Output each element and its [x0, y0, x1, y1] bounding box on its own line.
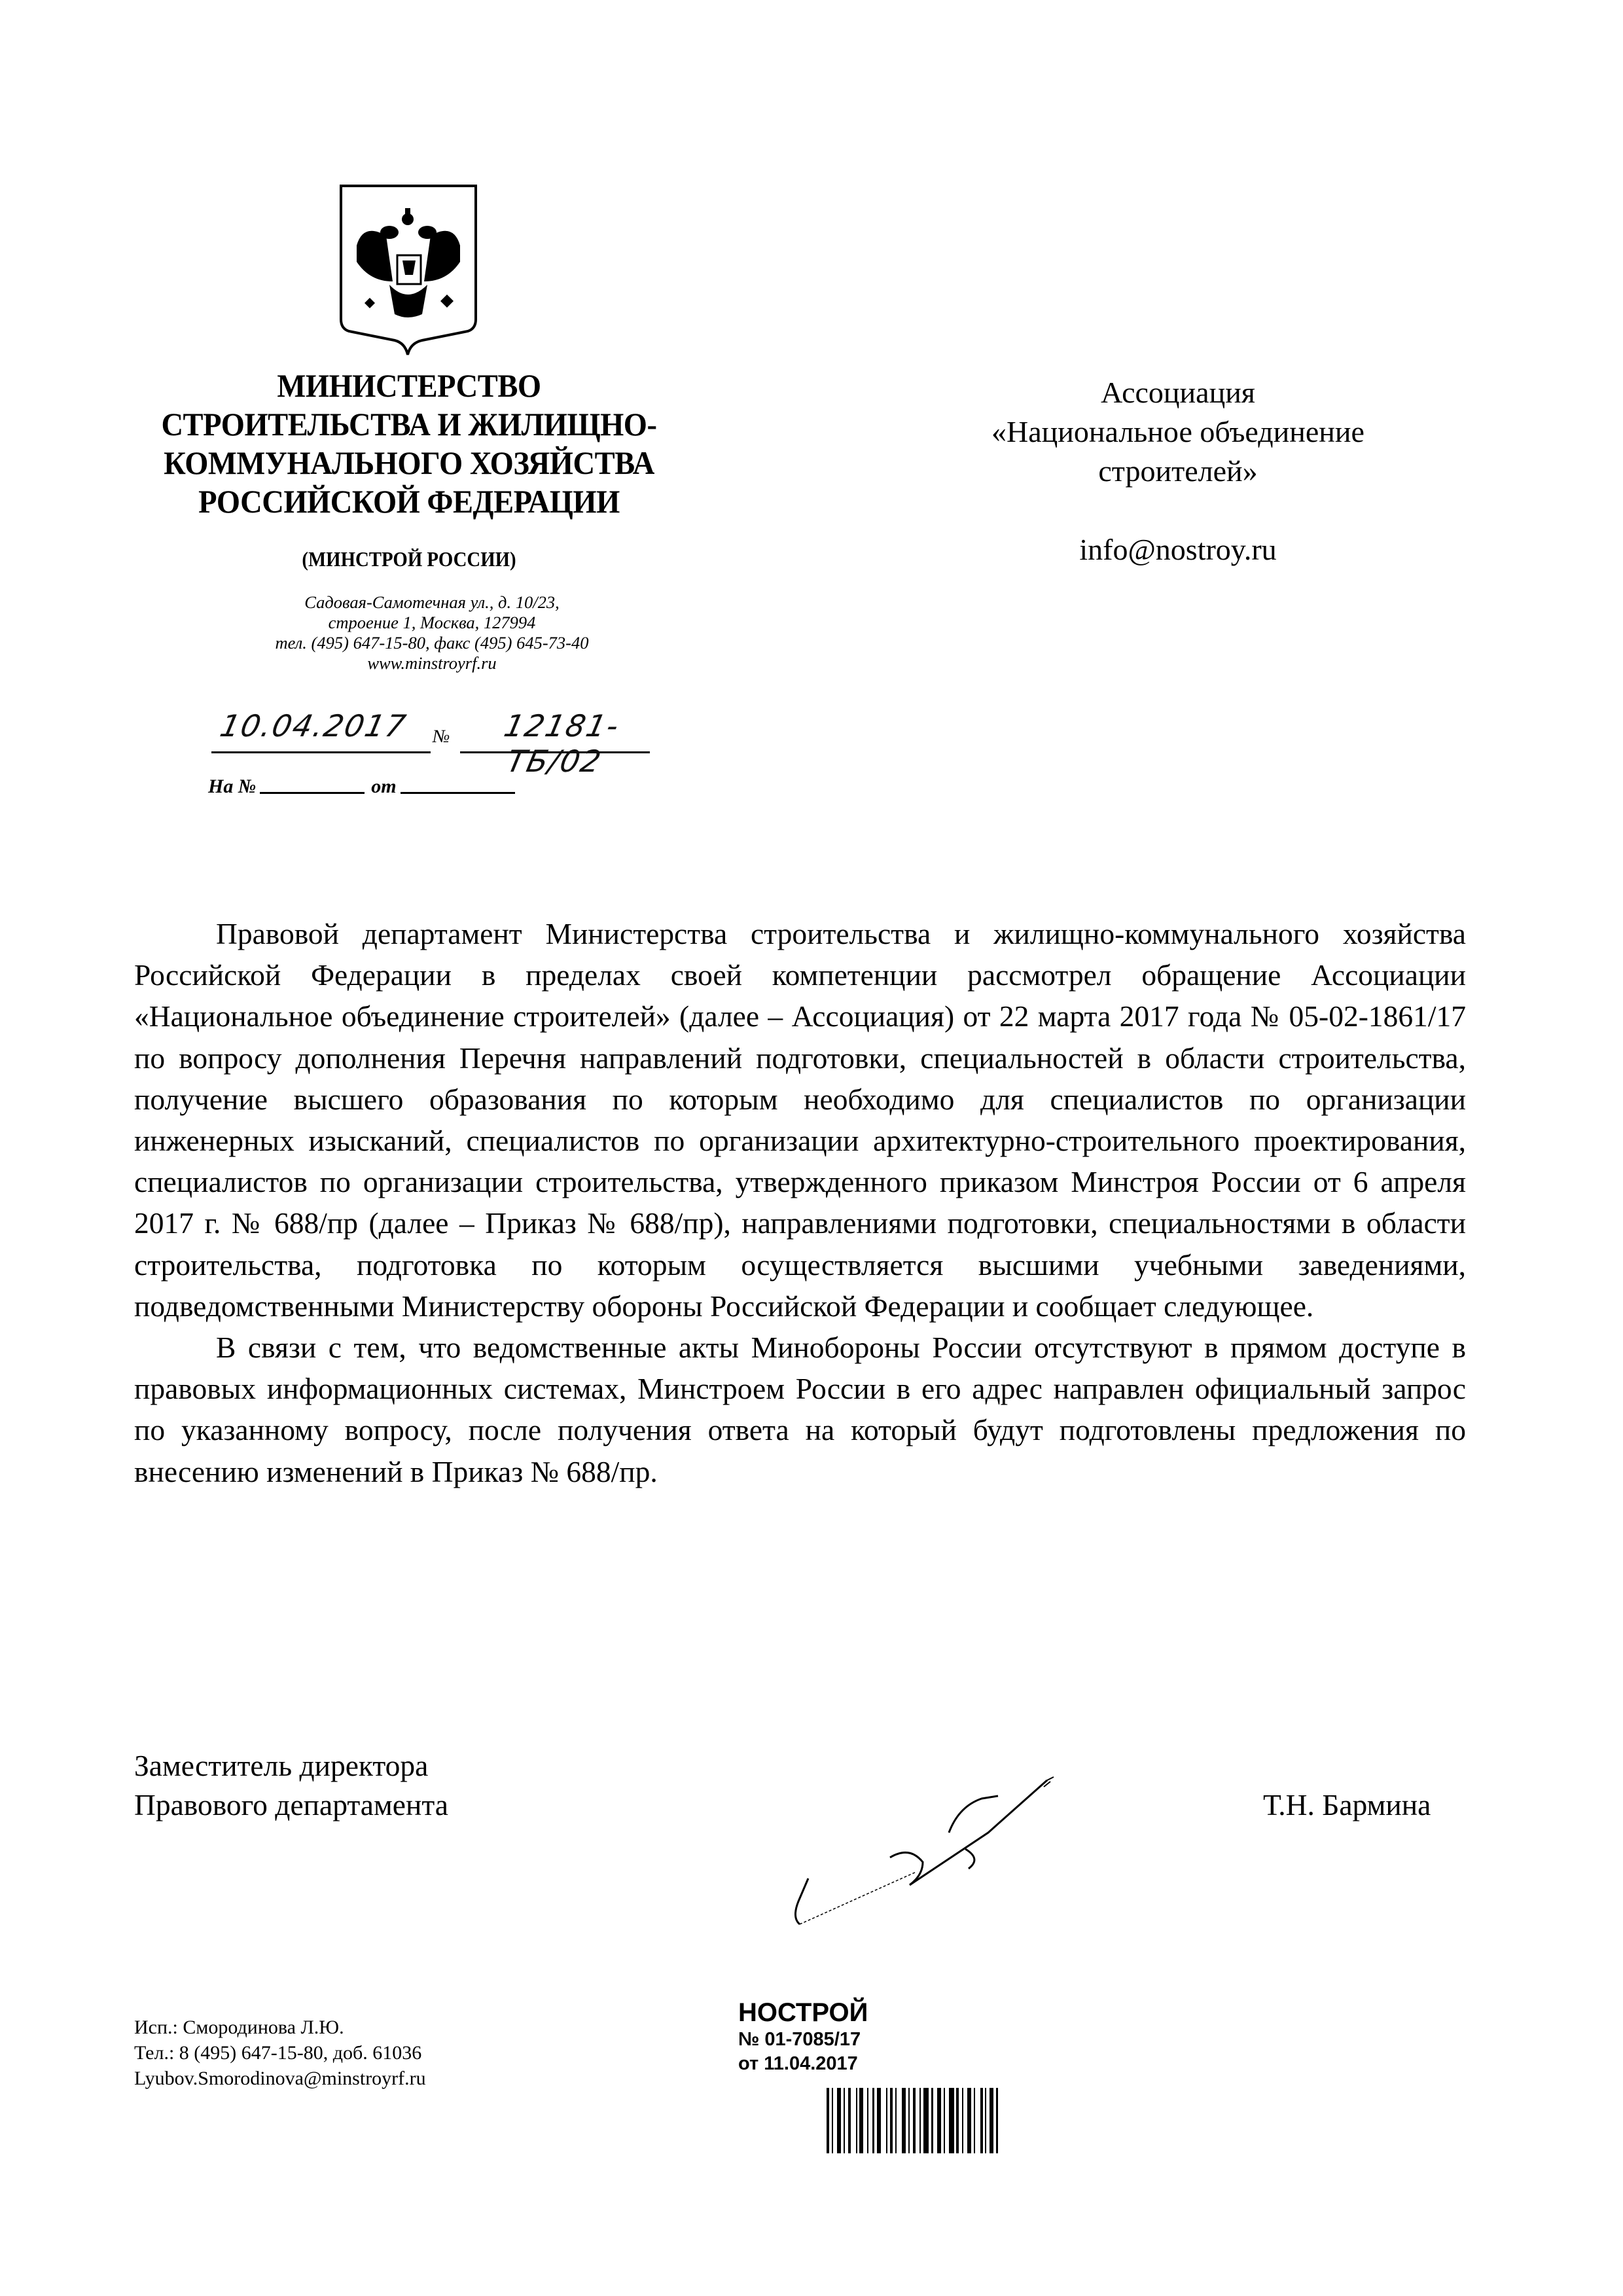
- letter-body: Правовой департамент Министерства строит…: [134, 913, 1466, 1492]
- reference-line: На № от: [208, 776, 522, 798]
- ministry-name-line: МИНИСТЕРСТВО: [151, 367, 668, 405]
- registration-date: 10.04.2017: [211, 708, 415, 744]
- executor-email: Lyubov.Smorodinova@minstroyrf.ru: [134, 2066, 426, 2091]
- addressee-line: строителей»: [916, 452, 1440, 491]
- ministry-abbreviation: (МИНСТРОЙ РОССИИ): [159, 547, 660, 571]
- signatory-name: Т.Н. Бармина: [1263, 1785, 1431, 1825]
- stamp-number: № 01-7085/17: [738, 2028, 868, 2052]
- ministry-header: МИНИСТЕРСТВО СТРОИТЕЛЬСТВА И ЖИЛИЩНО- КО…: [131, 367, 687, 571]
- russian-coat-of-arms-icon: [337, 183, 481, 359]
- ministry-name-line: СТРОИТЕЛЬСТВА И ЖИЛИЩНО-: [151, 405, 668, 444]
- executor-name: Исп.: Смородинова Л.Ю.: [134, 2015, 426, 2040]
- ministry-name-line: КОММУНАЛЬНОГО ХОЗЯЙСТВА: [151, 444, 668, 482]
- ministry-address: Садовая-Самотечная ул., д. 10/23, строен…: [196, 592, 668, 673]
- stamp-date: от 11.04.2017: [738, 2052, 868, 2076]
- ministry-website: www.minstroyrf.ru: [196, 653, 668, 673]
- executor-phone: Тел.: 8 (495) 647-15-80, доб. 61036: [134, 2040, 426, 2066]
- barcode: [827, 2088, 1029, 2153]
- date-underline: [211, 751, 431, 753]
- reference-number-label: На №: [208, 776, 256, 798]
- ministry-name: МИНИСТЕРСТВО СТРОИТЕЛЬСТВА И ЖИЛИЩНО- КО…: [151, 367, 668, 521]
- registration-number: 12181-ТБ/02: [463, 708, 654, 779]
- address-line: строение 1, Москва, 127994: [196, 613, 668, 633]
- address-phone-fax: тел. (495) 647-15-80, факс (495) 645-73-…: [196, 633, 668, 653]
- reference-date-blank: [401, 789, 515, 794]
- outgoing-registration: 10.04.2017 № 12181-ТБ/02: [211, 708, 656, 754]
- executor-info: Исп.: Смородинова Л.Ю. Тел.: 8 (495) 647…: [134, 2015, 426, 2091]
- signatory-title-line: Правового департамента: [134, 1785, 448, 1825]
- addressee-email: info@nostroy.ru: [916, 530, 1440, 569]
- signatory-title-line: Заместитель директора: [134, 1746, 448, 1785]
- stamp-organization: НОСТРОЙ: [738, 1998, 868, 2028]
- coat-of-arms-emblem: [337, 183, 481, 359]
- address-line: Садовая-Самотечная ул., д. 10/23,: [196, 592, 668, 613]
- number-sign: №: [433, 726, 450, 747]
- addressee-block: Ассоциация «Национальное объединение стр…: [916, 373, 1440, 569]
- handwritten-signature: [785, 1754, 1113, 1931]
- reference-number-blank: [260, 789, 365, 794]
- incoming-registration-stamp: НОСТРОЙ № 01-7085/17 от 11.04.2017: [738, 1998, 868, 2076]
- addressee-line: «Национальное объединение: [916, 412, 1440, 452]
- addressee-line: Ассоциация: [916, 373, 1440, 412]
- signatory-title: Заместитель директора Правового департам…: [134, 1746, 448, 1825]
- body-paragraph: Правовой департамент Министерства строит…: [134, 913, 1466, 1327]
- body-paragraph: В связи с тем, что ведомственные акты Ми…: [134, 1327, 1466, 1492]
- ministry-name-line: РОССИЙСКОЙ ФЕДЕРАЦИИ: [151, 482, 668, 521]
- reference-date-label: от: [371, 776, 396, 798]
- signature-icon: [785, 1754, 1113, 1931]
